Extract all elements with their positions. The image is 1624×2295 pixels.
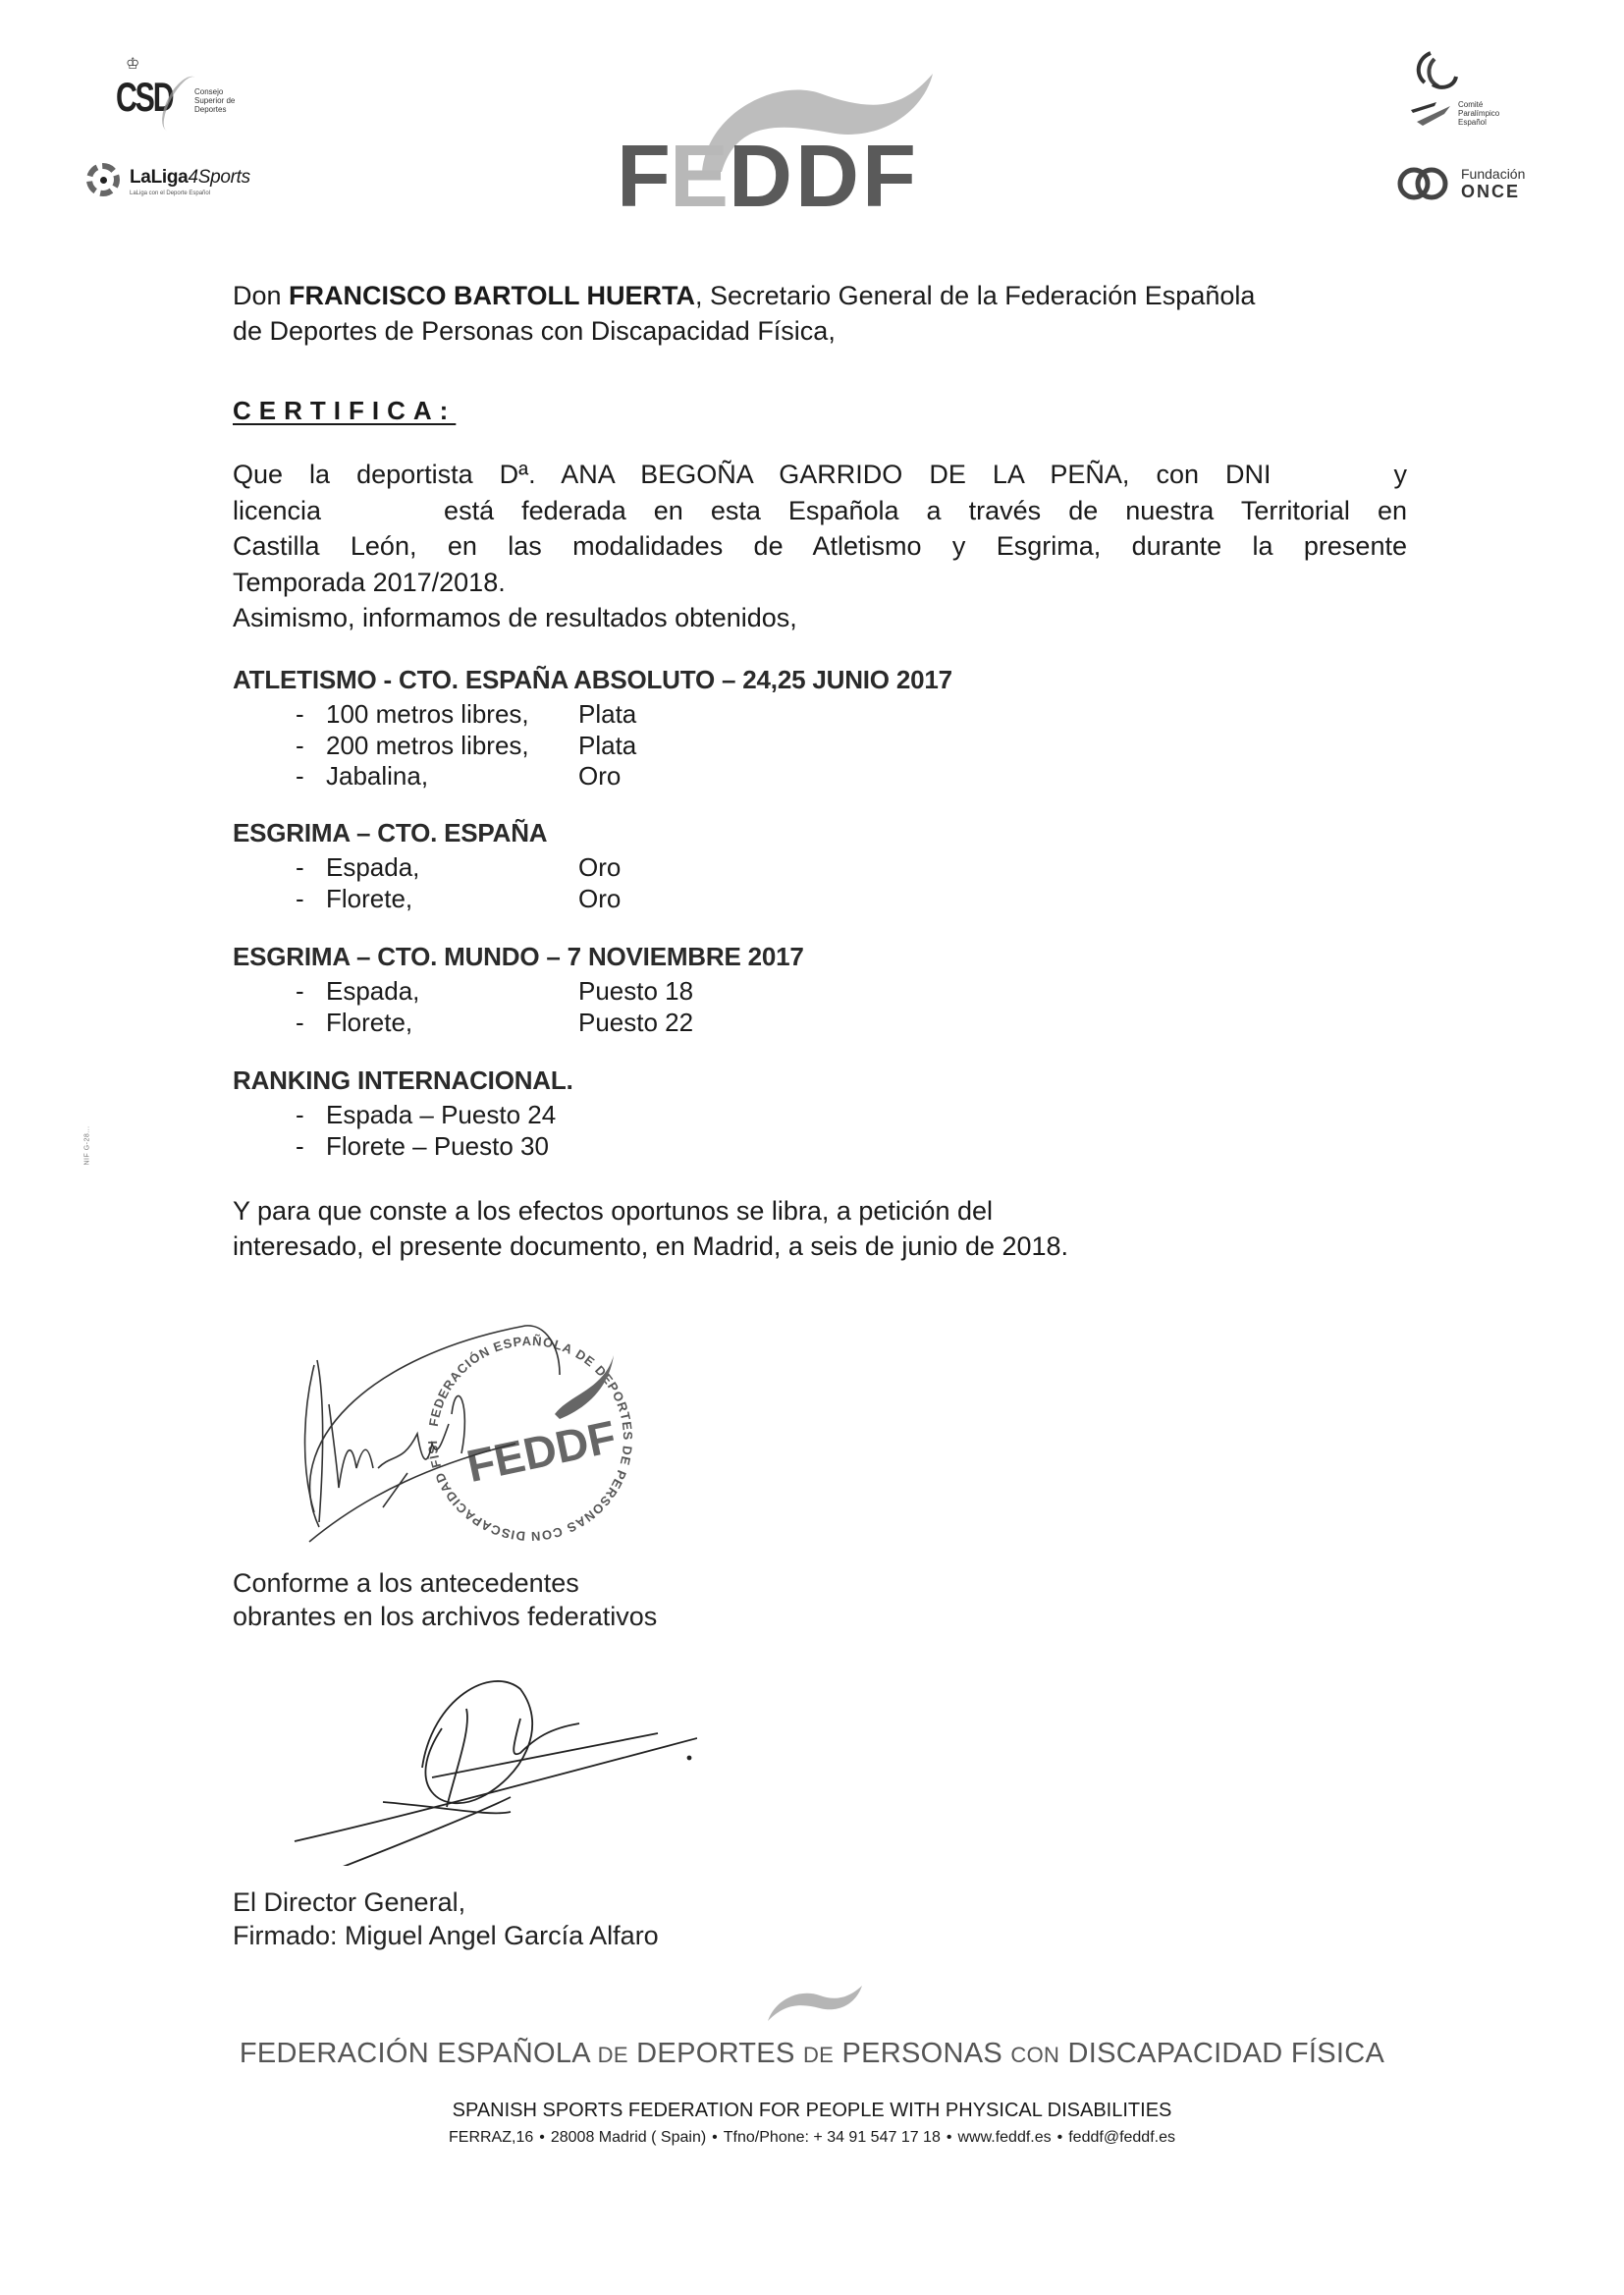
footer-wave-icon	[766, 1984, 864, 2023]
ball-icon	[86, 163, 120, 196]
footer-city: 28008 Madrid ( Spain)	[551, 2129, 706, 2146]
secretary-name: FRANCISCO BARTOLL HUERTA	[289, 281, 695, 310]
footer-address: FERRAZ,16	[449, 2129, 533, 2146]
result-value: Puesto 22	[578, 1008, 693, 1038]
bullet-dash: -	[296, 699, 304, 730]
result-event: Espada,	[326, 976, 419, 1007]
closing-paragraph: Y para que conste a los efectos oportuno…	[233, 1193, 1215, 1264]
footer-contact: FERRAZ,16•28008 Madrid ( Spain)•Tfno/Pho…	[0, 2129, 1624, 2147]
feddf-logo: F E D D F	[609, 69, 972, 216]
result-value: Oro	[578, 761, 621, 792]
signature-director	[285, 1669, 697, 1866]
logo-d2: D	[795, 128, 859, 216]
federation-stamp: FEDERACIÓN ESPAÑOLA DE DEPORTES DE PERSO…	[221, 1296, 771, 1571]
bullet-dash: -	[296, 884, 304, 914]
director-signed-by: Firmado: Miguel Angel García Alfaro	[233, 1919, 659, 1952]
bullet-dash: -	[296, 731, 304, 761]
footer-federation-name: FEDERACIÓN ESPAÑOLA DE DEPORTES DE PERSO…	[0, 2038, 1624, 2070]
result-value: Plata	[578, 699, 636, 730]
agitos-icon	[1413, 49, 1462, 93]
certification-paragraph: Que la deportista Dª. ANA BEGOÑA GARRIDO…	[233, 457, 1407, 636]
footer-english-name: SPANISH SPORTS FEDERATION FOR PEOPLE WIT…	[0, 2100, 1624, 2122]
result-event: Florete,	[326, 1008, 412, 1038]
result-event: 100 metros libres,	[326, 699, 529, 730]
bullet-dash: -	[296, 1008, 304, 1038]
crown-icon: ♔	[126, 54, 139, 74]
logo-f1: F	[617, 128, 671, 216]
paralympic-committee-logo: Comité Paralímpico Español	[1399, 49, 1556, 137]
results-section-title: ESGRIMA – CTO. ESPAÑA	[233, 818, 547, 848]
bullet-dash: -	[296, 761, 304, 792]
result-event: 200 metros libres,	[326, 731, 529, 761]
laliga-tagline: LaLiga con el Deporte Español	[130, 191, 210, 196]
once-rings-icon	[1394, 166, 1457, 201]
result-value: Oro	[578, 884, 621, 914]
bullet-dash: -	[296, 852, 304, 883]
bullet-dash: -	[296, 1131, 304, 1162]
result-event: Espada – Puesto 24	[326, 1100, 556, 1130]
logo-f2: F	[862, 128, 916, 216]
director-signatory: El Director General, Firmado: Miguel Ang…	[233, 1885, 659, 1952]
result-event: Espada,	[326, 852, 419, 883]
result-value: Puesto 18	[578, 976, 693, 1007]
bullet-dash: -	[296, 976, 304, 1007]
side-nif-text: NIF G-28...	[81, 1041, 92, 1169]
certifica-heading: CERTIFICA:	[233, 396, 456, 426]
csd-text: Consejo Superior de Deportes	[194, 87, 235, 114]
logo-e: E	[670, 128, 729, 216]
laliga-name: LaLiga4Sports	[130, 167, 250, 189]
footer-website-link[interactable]: www.feddf.es	[957, 2129, 1051, 2146]
cpe-text: Comité Paralímpico Español	[1458, 100, 1499, 127]
results-section-title: RANKING INTERNACIONAL.	[233, 1066, 573, 1096]
fundacion-once-logo: Fundación ONCE	[1394, 162, 1561, 206]
intro-paragraph: Don FRANCISCO BARTOLL HUERTA, Secretario…	[233, 278, 1411, 349]
laliga-logo: LaLiga4Sports LaLiga con el Deporte Espa…	[86, 157, 283, 211]
footer-email-link[interactable]: feddf@feddf.es	[1068, 2129, 1175, 2146]
director-role: El Director General,	[233, 1885, 659, 1919]
bullet-dash: -	[296, 1100, 304, 1130]
cpe-flag-icon	[1407, 100, 1454, 126]
logo-d1: D	[729, 128, 792, 216]
results-section-title: ESGRIMA – CTO. MUNDO – 7 NOVIEMBRE 2017	[233, 942, 804, 972]
result-event: Florete,	[326, 884, 412, 914]
conforme-note: Conforme a los antecedentes obrantes en …	[233, 1566, 657, 1633]
csd-logo: ♔ CSD Consejo Superior de Deportes	[116, 54, 244, 147]
result-value: Oro	[578, 852, 621, 883]
footer-phone: Tfno/Phone: + 34 91 547 17 18	[724, 2129, 941, 2146]
results-section-title: ATLETISMO - CTO. ESPAÑA ABSOLUTO – 24,25…	[233, 665, 952, 695]
result-value: Plata	[578, 731, 636, 761]
result-event: Florete – Puesto 30	[326, 1131, 549, 1162]
result-event: Jabalina,	[326, 761, 428, 792]
